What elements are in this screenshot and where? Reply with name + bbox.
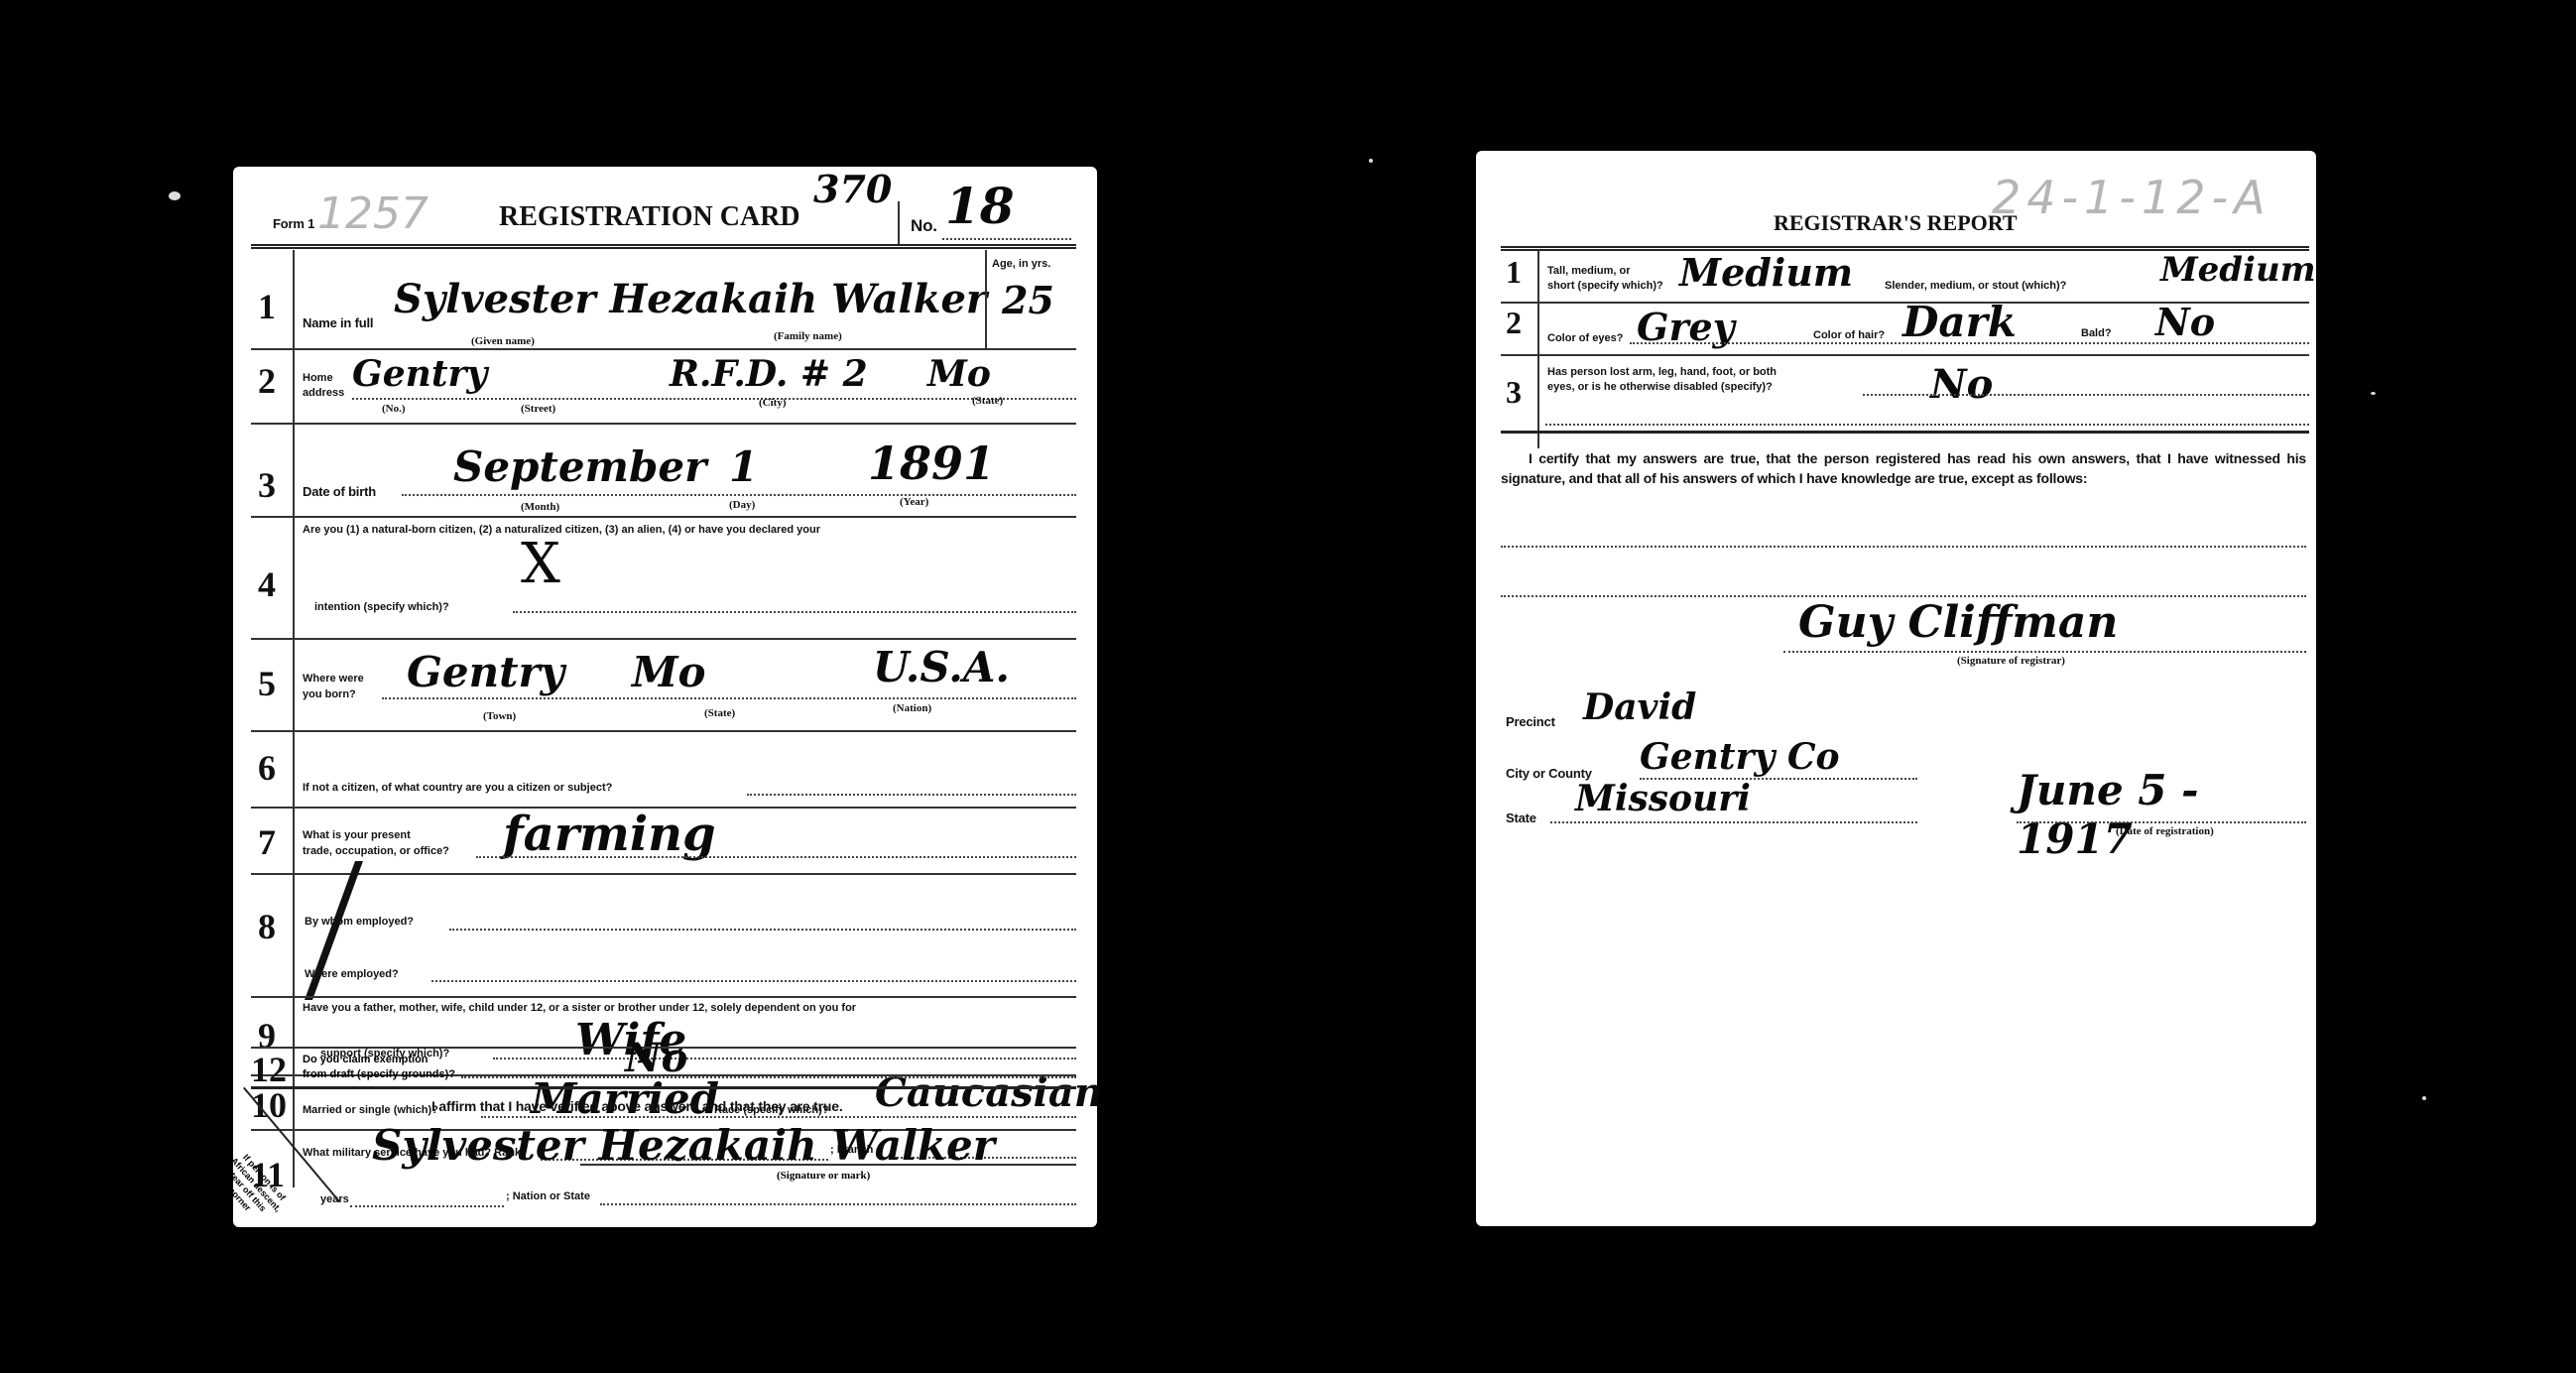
label: eyes, or is he otherwise disabled (speci…: [1547, 381, 1773, 393]
affirmation-text: I affirm that I have verified above answ…: [431, 1098, 843, 1114]
label: Do you claim exemption: [303, 1054, 429, 1065]
label: Date of birth: [303, 484, 376, 499]
label: Where were: [303, 673, 364, 685]
birth-year: 1891: [868, 437, 995, 490]
label: intention (specify which)?: [314, 601, 449, 613]
fill-line: [431, 980, 1076, 982]
row-number: 12: [251, 1049, 287, 1090]
registrars-report-card: 24-1-12-A REGISTRAR'S REPORT 1 Tall, med…: [1476, 151, 2316, 1226]
fill-line: [513, 611, 1076, 613]
registration-date-value: June 5 - 1917: [2017, 766, 2316, 863]
label: Slender, medium, or stout (which)?: [1885, 280, 2066, 292]
height-value: Medium: [1679, 250, 1853, 295]
label: short (specify which)?: [1547, 280, 1663, 292]
age-divider: [985, 250, 987, 349]
row-rule: [251, 873, 1076, 875]
fill-line: [402, 494, 1076, 496]
signature-line: [1783, 651, 2306, 653]
serial-number-handwritten: 370: [813, 167, 892, 211]
pencil-number: 24-1-12-A: [1992, 171, 2271, 224]
home-address-state: Mo: [927, 353, 991, 395]
fill-line: [476, 856, 1076, 858]
label: If not a citizen, of what country are yo…: [303, 782, 612, 794]
row-number-divider: [293, 1047, 295, 1091]
age-value: 25: [1002, 278, 1054, 322]
row-number: 3: [258, 464, 276, 506]
exemption-value: No: [625, 1035, 687, 1081]
city-value: Gentry Co: [1640, 736, 1840, 778]
caption: (State): [972, 395, 1003, 407]
row-rule: [251, 1086, 1076, 1089]
fill-line: [1630, 342, 2309, 344]
row-number: 1: [258, 286, 276, 327]
label: Tall, medium, or: [1547, 265, 1631, 277]
registrant-signature: Sylvester Hezakaih Walker: [372, 1121, 995, 1170]
caption: (Signature or mark): [777, 1170, 870, 1182]
label: By whom employed?: [305, 916, 414, 928]
fill-line: [382, 697, 1076, 699]
home-address-route: R.F.D. # 2: [670, 353, 868, 395]
row-number: 8: [258, 906, 276, 947]
fill-line: [1545, 424, 2309, 426]
fill-line: [747, 794, 1076, 796]
scan-speck: [1369, 159, 1373, 163]
caption: (Day): [729, 499, 755, 511]
certification-text: I certify that my answers are true, that…: [1501, 448, 2306, 488]
birthplace-town: Gentry: [407, 648, 564, 696]
label: Are you (1) a natural-born citizen, (2) …: [303, 524, 820, 536]
caption: (State): [704, 707, 735, 719]
citizenship-mark: X: [521, 532, 560, 596]
signature-line: [580, 1164, 1076, 1166]
bald-value: No: [2155, 300, 2215, 344]
caption: (Signature of registrar): [1957, 655, 2065, 667]
caption: (Date of registration): [2116, 825, 2214, 837]
row-rule: [251, 730, 1076, 732]
scan-speck: [2371, 392, 2376, 395]
header-double-rule: [251, 244, 1076, 249]
form-label: Form 1: [273, 216, 314, 231]
build-value: Medium: [2160, 250, 2316, 290]
no-line: [942, 238, 1071, 240]
fill-line: [1863, 394, 2309, 396]
row-rule: [251, 516, 1076, 518]
label: from draft (specify grounds)?: [303, 1068, 455, 1080]
birthplace-state: Mo: [632, 648, 706, 696]
fill-line: [449, 929, 1076, 931]
label: Have you a father, mother, wife, child u…: [303, 1002, 856, 1014]
fill-line: [352, 398, 1076, 400]
home-address-town: Gentry: [352, 353, 487, 395]
fill-line: [461, 1076, 1076, 1078]
state-value: Missouri: [1575, 778, 1751, 819]
label: What is your present: [303, 829, 411, 841]
row-rule: [1501, 431, 2309, 434]
state-label: State: [1506, 811, 1536, 825]
fill-line: [1550, 821, 1917, 823]
row-number: 3: [1506, 374, 1522, 411]
name-label: Name in full: [303, 315, 373, 330]
age-label: Age, in yrs.: [992, 258, 1050, 270]
row-number: 1: [1506, 254, 1522, 291]
row-number: 4: [258, 563, 276, 605]
row-number: 5: [258, 663, 276, 704]
caption: (Family name): [774, 330, 842, 342]
label: address: [303, 387, 344, 399]
label: Bald?: [2081, 327, 2112, 339]
caption: (Given name): [471, 335, 535, 347]
report-title: REGISTRAR'S REPORT: [1774, 210, 2018, 236]
birthplace-nation: U.S.A.: [873, 643, 1010, 691]
caption: (Year): [900, 496, 928, 508]
scan-speck: [2422, 1096, 2426, 1100]
card-title: REGISTRATION CARD: [499, 201, 800, 233]
name-value: Sylvester Hezakaih Walker: [394, 276, 987, 322]
caption: (Street): [521, 403, 555, 415]
birth-day: 1: [729, 442, 758, 491]
precinct-label: Precinct: [1506, 714, 1555, 729]
registration-card-footer: 12 Do you claim exemption from draft (sp…: [233, 1047, 1097, 1227]
label: Has person lost arm, leg, hand, foot, or…: [1547, 366, 1777, 378]
fill-line: [1501, 546, 2306, 548]
precinct-value: David: [1583, 686, 1696, 728]
row-number: 2: [258, 360, 276, 402]
scan-speck: [169, 191, 181, 200]
row-rule: [251, 996, 1076, 998]
no-value: 18: [945, 177, 1015, 235]
row-number: 6: [258, 747, 276, 789]
corner-note: If person is of African descent, tear of…: [205, 1141, 298, 1236]
fill-line: [2017, 821, 2306, 823]
caption: (Nation): [893, 702, 931, 714]
row-number: 7: [258, 821, 276, 863]
caption: (City): [759, 397, 787, 409]
pencil-number: 1257: [317, 188, 429, 239]
caption: (Month): [521, 501, 559, 513]
label: Home: [303, 372, 333, 384]
row-rule: [251, 348, 1076, 350]
occupation-value: farming: [503, 807, 716, 862]
row-rule: [251, 638, 1076, 640]
row-rule: [251, 423, 1076, 425]
row-rule: [1501, 354, 2309, 356]
label: Color of hair?: [1813, 329, 1885, 341]
caption: (Town): [483, 710, 516, 722]
row-number: 2: [1506, 305, 1522, 341]
divider: [898, 201, 900, 246]
label: trade, occupation, or office?: [303, 845, 449, 857]
registrar-signature: Guy Cliffman: [1798, 597, 2118, 648]
no-label: No.: [911, 216, 937, 236]
label: you born?: [303, 688, 356, 700]
birth-month: September: [453, 442, 706, 491]
label: Color of eyes?: [1547, 332, 1623, 344]
caption: (No.): [382, 403, 406, 415]
disability-value: No: [1930, 361, 1993, 408]
hair-color-value: Dark: [1902, 298, 2017, 346]
row-number-divider: [1537, 250, 1539, 448]
